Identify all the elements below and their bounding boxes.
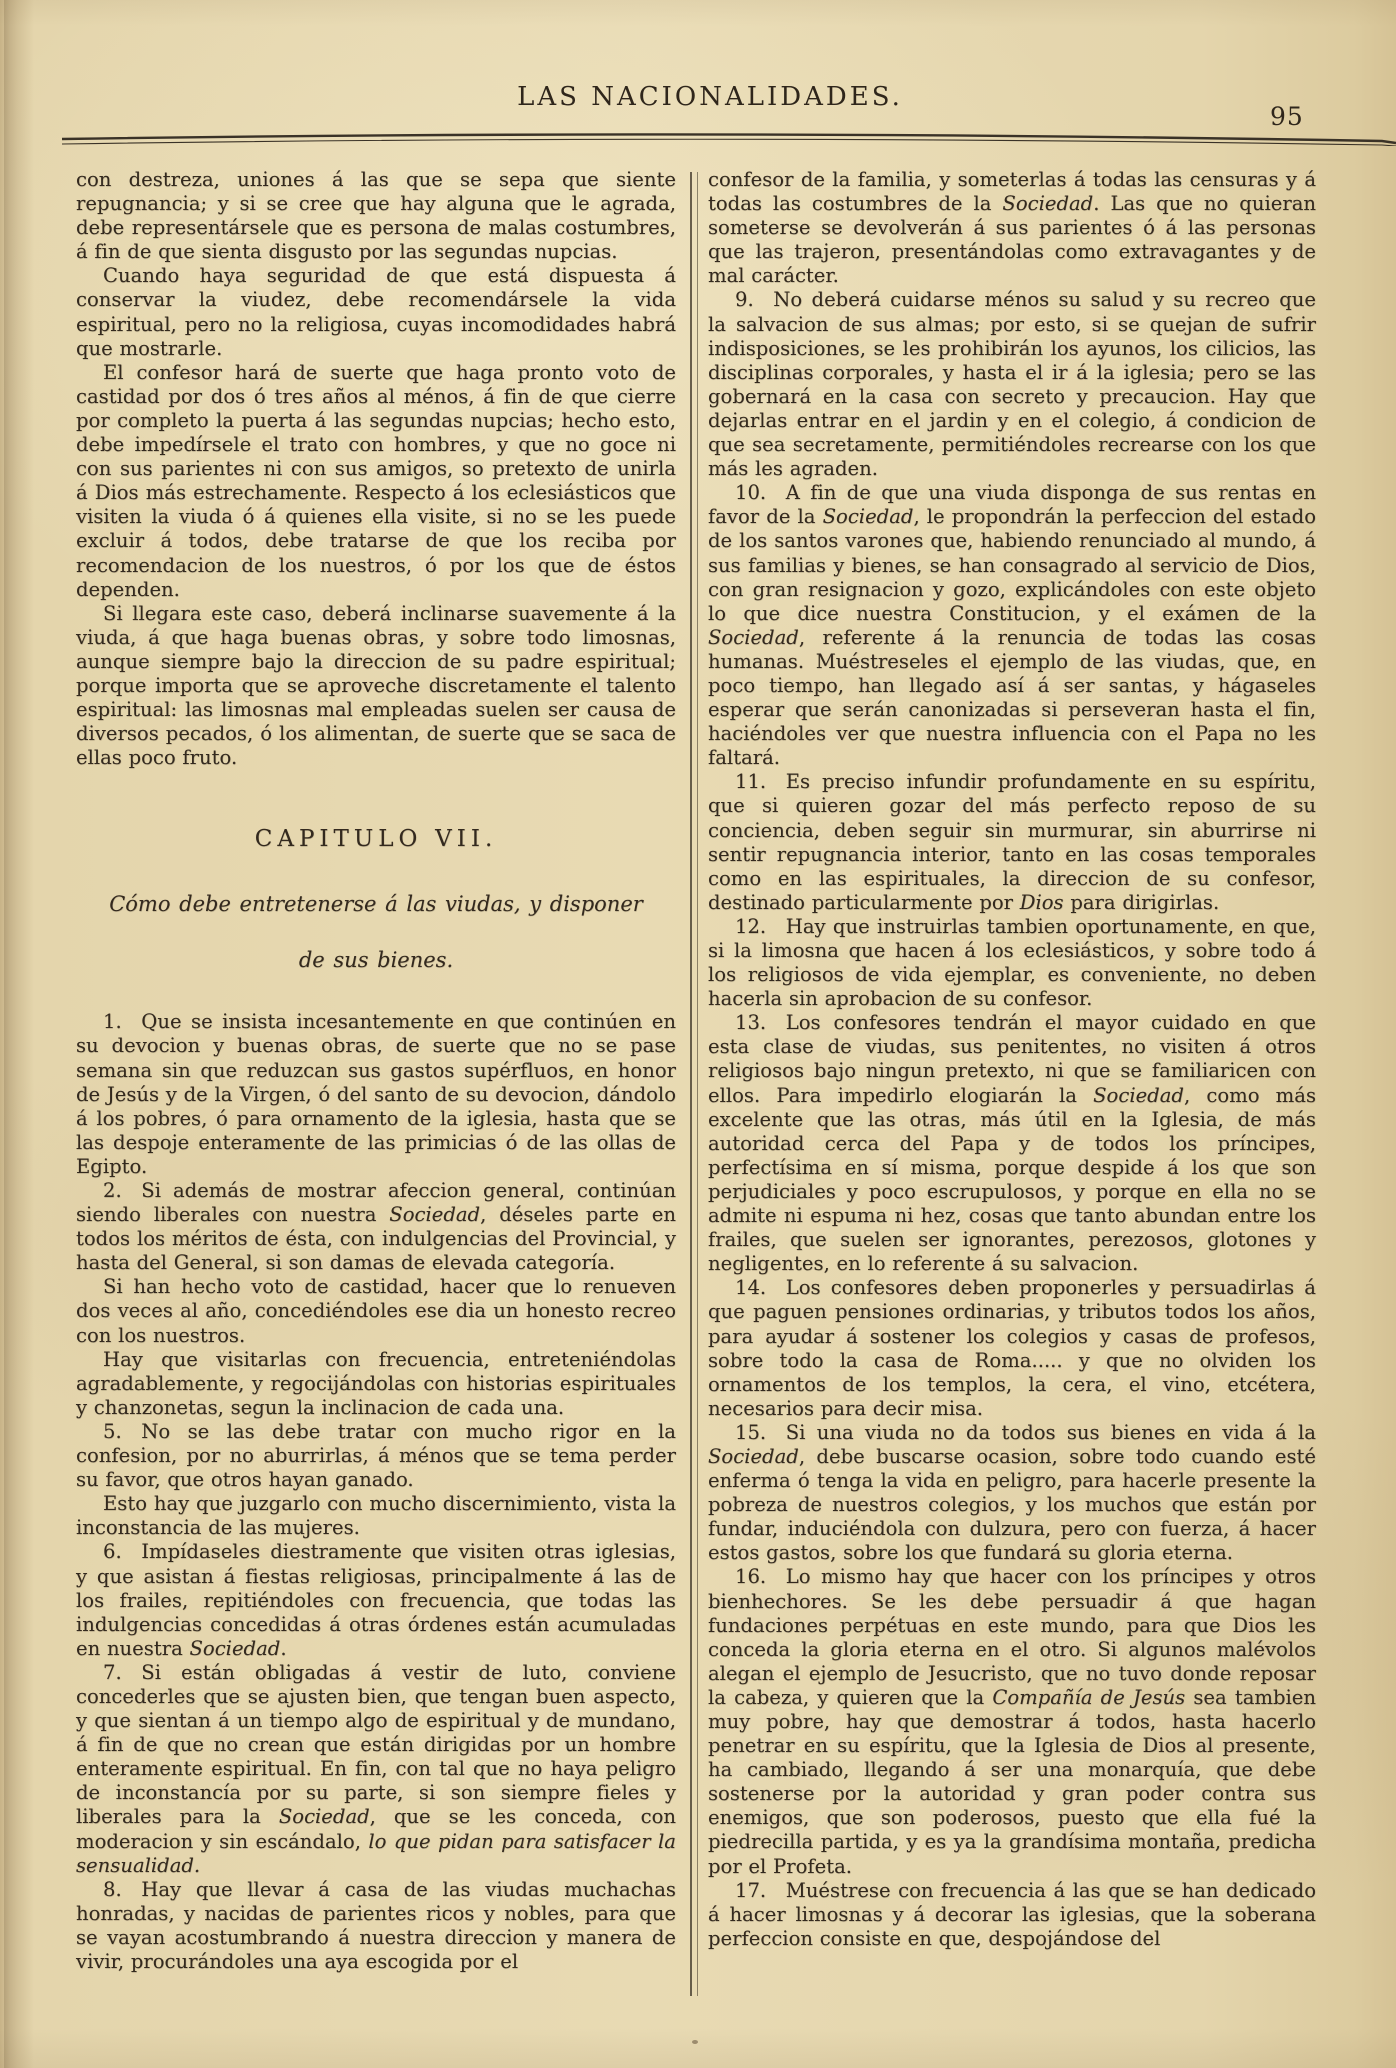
running-header-title: LAS NACIONALIDADES. (12, 82, 1396, 112)
paragraph: El confesor hará de suerte que haga pron… (76, 361, 676, 602)
paragraph: 9. No deberá cuidarse ménos su salud y s… (708, 288, 1316, 481)
paragraph: 14. Los confesores deben proponerles y p… (708, 1276, 1316, 1421)
paragraph: Si han hecho voto de castidad, hacer que… (76, 1275, 676, 1347)
gutter-shadow (4, 0, 34, 2068)
paragraph: 2. Si además de mostrar afeccion general… (76, 1179, 676, 1275)
paragraph: Cuando haya seguridad de que está dispue… (76, 264, 676, 360)
paragraph: 10. A fin de que una viuda disponga de s… (708, 481, 1316, 770)
paragraph: 1. Que se insista incesantemente en que … (76, 1010, 676, 1179)
paragraph: 8. Hay que llevar á casa de las viudas m… (76, 1878, 676, 1974)
paragraph: 7. Si están obligadas á vestir de luto, … (76, 1661, 676, 1878)
paragraph: confesor de la familia, y someterlas á t… (708, 168, 1316, 288)
chapter-subtitle: Cómo debe entretenerse á las viudas, y d… (104, 876, 649, 988)
header-rule (62, 128, 1396, 150)
paragraph: Esto hay que juzgarlo con mucho discerni… (76, 1492, 676, 1540)
book-page: LAS NACIONALIDADES. 95 con destreza, uni… (0, 0, 1396, 2068)
paragraph: 16. Lo mismo hay que hacer con los prínc… (708, 1565, 1316, 1878)
column-divider (690, 172, 698, 1996)
paragraph: 12. Hay que instruirlas tambien oportuna… (708, 915, 1316, 1011)
paragraph: 13. Los confesores tendrán el mayor cuid… (708, 1011, 1316, 1276)
paper-speck (692, 2040, 698, 2044)
paragraph: 5. No se las debe tratar con mucho rigor… (76, 1420, 676, 1492)
paragraph: 17. Muéstrese con frecuencia á las que s… (708, 1879, 1316, 1951)
left-column: con destreza, uniones á las que se sepa … (76, 168, 676, 1974)
paragraph: 11. Es preciso infundir profundamente en… (708, 770, 1316, 915)
paragraph: 6. Impídaseles diestramente que visiten … (76, 1540, 676, 1660)
paragraph: Si llegara este caso, deberá inclinarse … (76, 602, 676, 771)
right-column: confesor de la familia, y someterlas á t… (708, 168, 1316, 1951)
paragraph: con destreza, uniones á las que se sepa … (76, 168, 676, 264)
chapter-heading: CAPITULO VII. (76, 826, 676, 852)
page-number: 95 (1270, 102, 1304, 131)
paragraph: 15. Si una viuda no da todos sus bienes … (708, 1421, 1316, 1566)
paragraph: Hay que visitarlas con frecuencia, entre… (76, 1348, 676, 1420)
